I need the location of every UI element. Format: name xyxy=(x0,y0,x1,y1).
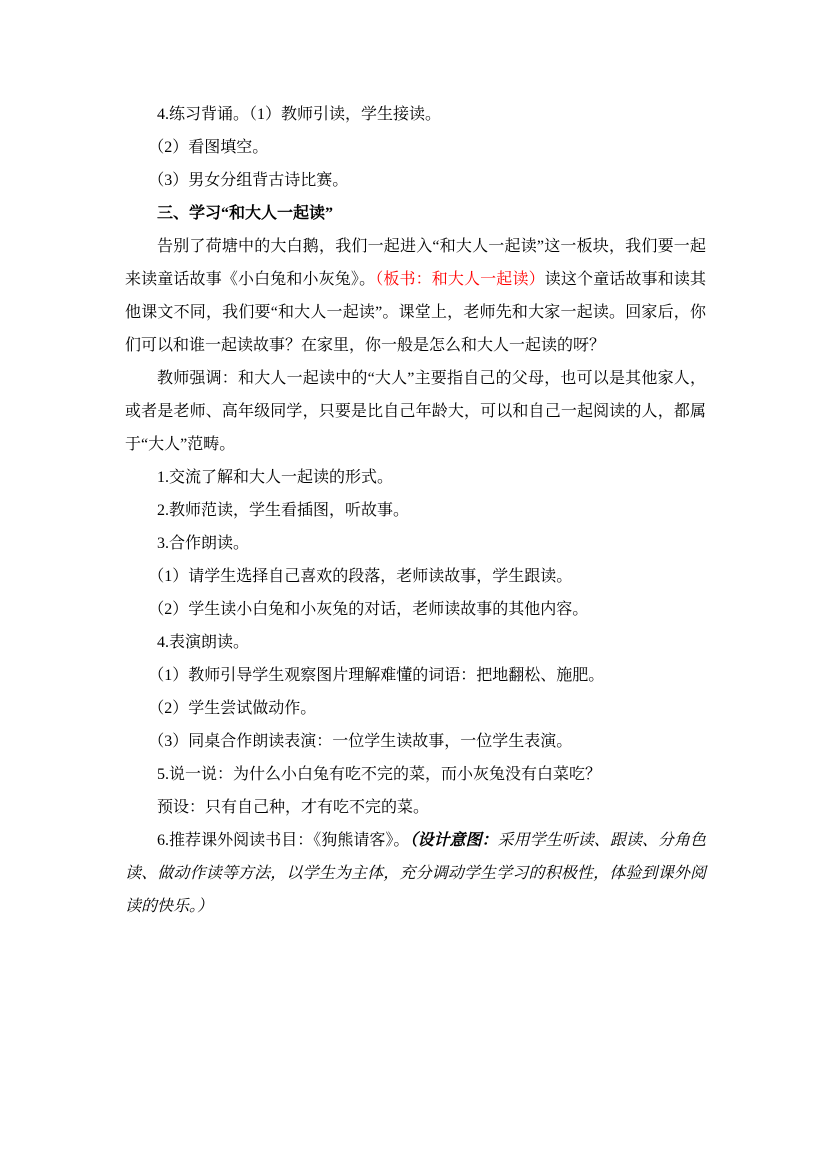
document-page: 4.练习背诵。（1）教师引读，学生接读。（2）看图填空。（3）男女分组背古诗比赛… xyxy=(0,0,827,1170)
paragraph-step-4-3: （3）同桌合作朗读表演：一位学生读故事，一位学生表演。 xyxy=(125,725,706,758)
text-run: （设计意图： xyxy=(409,832,497,849)
text-run: （2）学生尝试做动作。 xyxy=(148,700,316,717)
text-run: 教师强调：和大人一起读中的“大人”主要指自己的父母，也可以是其他家人，或者是老师… xyxy=(125,370,706,453)
paragraph-preset-answer: 预设：只有自己种，才有吃不完的菜。 xyxy=(125,791,706,824)
paragraph-step-2: 2.教师范读，学生看插图，听故事。 xyxy=(125,494,706,527)
paragraph-step-4-2: （2）学生尝试做动作。 xyxy=(125,692,706,725)
paragraph-step-3-1: （1）请学生选择自己喜欢的段落，老师读故事，学生跟读。 xyxy=(125,560,706,593)
text-run: （2）看图填空。 xyxy=(148,139,268,156)
paragraph-intro-story: 告别了荷塘中的大白鹅，我们一起进入“和大人一起读”这一板块，我们要一起来读童话故… xyxy=(125,230,706,362)
paragraph-practice-recite: 4.练习背诵。（1）教师引读，学生接读。 xyxy=(125,98,706,131)
paragraph-step-4-1: （1）教师引导学生观察图片理解难懂的词语：把地翻松、施肥。 xyxy=(125,659,706,692)
text-run: （2）学生读小白兔和小灰兔的对话，老师读故事的其他内容。 xyxy=(148,601,588,618)
text-run: 三、学习“和大人一起读” xyxy=(157,205,333,222)
paragraph-step-1: 1.交流了解和大人一起读的形式。 xyxy=(125,461,706,494)
text-run: 5.说一说：为什么小白兔有吃不完的菜，而小灰兔没有白菜吃？ xyxy=(157,766,601,783)
text-run: （3）同桌合作朗读表演：一位学生读故事，一位学生表演。 xyxy=(148,733,572,750)
paragraph-step-5: 5.说一说：为什么小白兔有吃不完的菜，而小灰兔没有白菜吃？ xyxy=(125,758,706,791)
text-run: （1）教师引导学生观察图片理解难懂的词语：把地翻松、施肥。 xyxy=(148,667,604,684)
text-run: 3.合作朗读。 xyxy=(157,535,249,552)
paragraph-teacher-emphasis: 教师强调：和大人一起读中的“大人”主要指自己的父母，也可以是其他家人，或者是老师… xyxy=(125,362,706,461)
text-run: 1.交流了解和大人一起读的形式。 xyxy=(157,469,393,486)
paragraph-section-heading: 三、学习“和大人一起读” xyxy=(125,197,706,230)
text-run: 6.推荐课外阅读书目：《狗熊请客》。 xyxy=(157,832,409,849)
paragraph-step-3-2: （2）学生读小白兔和小灰兔的对话，老师读故事的其他内容。 xyxy=(125,593,706,626)
text-run: 4.练习背诵。（1）教师引读，学生接读。 xyxy=(157,106,441,123)
paragraph-step-3: 3.合作朗读。 xyxy=(125,527,706,560)
text-run: （3）男女分组背古诗比赛。 xyxy=(148,172,348,189)
paragraph-step-4: 4.表演朗读。 xyxy=(125,626,706,659)
paragraph-step-6-design-intent: 6.推荐课外阅读书目：《狗熊请客》。（设计意图：采用学生听读、跟读、分角色读、做… xyxy=(125,824,706,923)
paragraph-look-picture-fill: （2）看图填空。 xyxy=(125,131,706,164)
text-run: 4.表演朗读。 xyxy=(157,634,249,651)
paragraph-boys-girls-contest: （3）男女分组背古诗比赛。 xyxy=(125,164,706,197)
text-run: （板书：和大人一起读） xyxy=(375,271,545,288)
document-body: 4.练习背诵。（1）教师引读，学生接读。（2）看图填空。（3）男女分组背古诗比赛… xyxy=(125,98,706,923)
text-run: 预设：只有自己种，才有吃不完的菜。 xyxy=(157,799,429,816)
text-run: 2.教师范读，学生看插图，听故事。 xyxy=(157,502,409,519)
text-run: （1）请学生选择自己喜欢的段落，老师读故事，学生跟读。 xyxy=(148,568,572,585)
